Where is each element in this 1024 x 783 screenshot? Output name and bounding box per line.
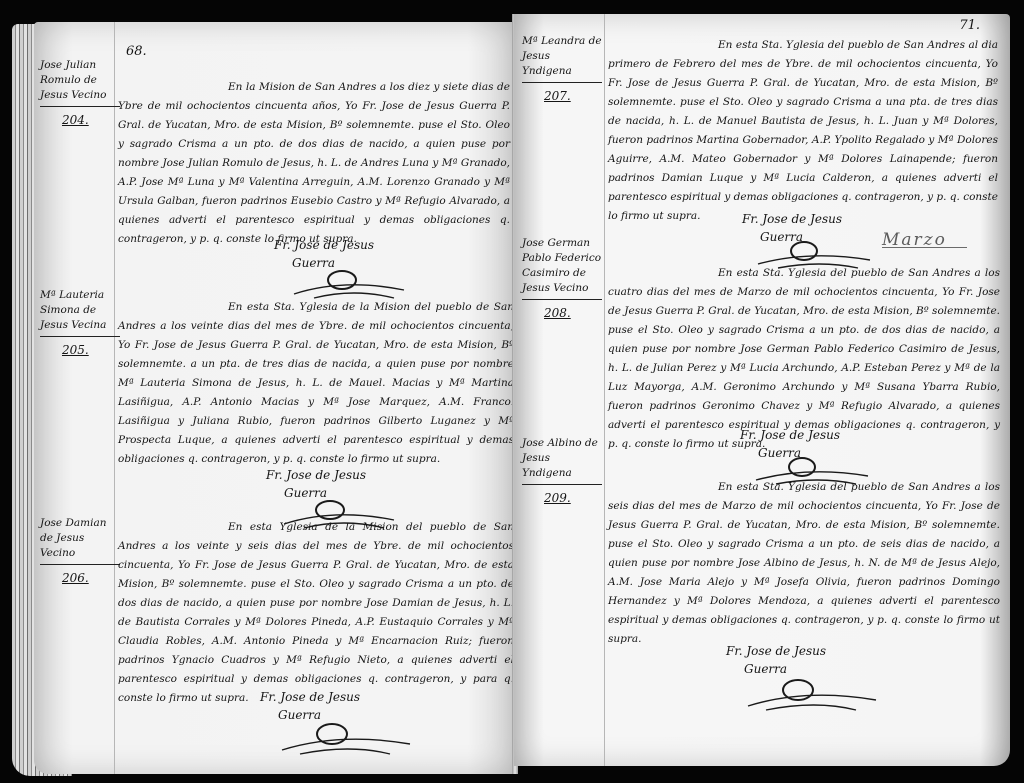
margin-note-205: Mª Lauteria Simona de Jesus Vecina 205. — [40, 288, 120, 358]
entry-number: 206. — [40, 571, 120, 586]
entry-number: 209. — [522, 491, 602, 506]
signature-204: Fr. Jose de Jesus Guerra — [274, 236, 374, 272]
baptism-entry-204: En la Mision de San Andres a los diez y … — [118, 78, 510, 249]
entry-number: 204. — [40, 113, 120, 128]
signature-flourish-icon — [284, 268, 424, 302]
left-page: 68. Jose Julian Romulo de Jesus Vecino 2… — [34, 22, 516, 774]
margin-note-208: Jose German Pablo Federico Casimiro de J… — [522, 236, 602, 321]
margin-note-209: Jose Albino de Jesus Yndigena 209. — [522, 436, 602, 506]
signature-209: Fr. Jose de Jesus Guerra — [726, 642, 826, 678]
page-number: 68. — [126, 44, 147, 59]
margin-note-204: Jose Julian Romulo de Jesus Vecino 204. — [40, 58, 120, 128]
margin-note-206: Jose Damian de Jesus Vecino 206. — [40, 516, 120, 586]
scanned-register-spread: 68. Jose Julian Romulo de Jesus Vecino 2… — [0, 0, 1024, 783]
signature-name: Fr. Jose de Jesus — [742, 212, 842, 226]
month-annotation: Marzo — [882, 230, 947, 250]
signature-flourish-icon — [270, 720, 420, 760]
baptized-name: Jose German Pablo Federico Casimiro de J… — [522, 236, 602, 300]
margin-note-207: Mª Leandra de Jesus Yndigena 207. — [522, 34, 602, 104]
baptized-name: Mª Lauteria Simona de Jesus Vecina — [40, 288, 120, 337]
signature-name: Fr. Jose de Jesus — [726, 644, 826, 658]
entry-number: 208. — [522, 306, 602, 321]
signature-205: Fr. Jose de Jesus Guerra — [266, 466, 366, 502]
signature-name: Fr. Jose de Jesus — [260, 690, 360, 704]
entry-text: En esta Sta. Yglesia del pueblo de San A… — [608, 36, 998, 226]
baptism-entry-205: En esta Sta. Yglesia de la Mision del pu… — [118, 298, 514, 469]
baptized-name: Mª Leandra de Jesus Yndigena — [522, 34, 602, 83]
baptism-entry-206: En esta Yglesia de la Mision del pueblo … — [118, 518, 514, 708]
signature-206: Fr. Jose de Jesus Guerra — [260, 688, 360, 724]
entry-text: En esta Yglesia de la Mision del pueblo … — [118, 518, 514, 708]
entry-text: En esta Sta. Yglesia de la Mision del pu… — [118, 298, 514, 469]
entry-number: 205. — [40, 343, 120, 358]
margin-rule — [114, 22, 115, 774]
right-page: 71. Mª Leandra de Jesus Yndigena 207. En… — [514, 14, 1010, 766]
signature-name: Fr. Jose de Jesus — [740, 428, 840, 442]
baptism-entry-207: En esta Sta. Yglesia del pueblo de San A… — [608, 36, 998, 226]
entry-text: En la Mision de San Andres a los diez y … — [118, 78, 510, 249]
margin-rule — [604, 14, 605, 766]
baptism-entry-209: En esta Sta. Yglesia del pueblo de San A… — [608, 478, 1000, 649]
entry-text: En esta Sta. Yglesia del pueblo de San A… — [608, 478, 1000, 649]
signature-name: Fr. Jose de Jesus — [266, 468, 366, 482]
signature-name: Fr. Jose de Jesus — [274, 238, 374, 252]
page-number: 71. — [959, 18, 980, 33]
entry-number: 207. — [522, 89, 602, 104]
baptized-name: Jose Damian de Jesus Vecino — [40, 516, 120, 565]
baptized-name: Jose Albino de Jesus Yndigena — [522, 436, 602, 485]
signature-flourish-icon — [736, 676, 886, 716]
baptized-name: Jose Julian Romulo de Jesus Vecino — [40, 58, 120, 107]
